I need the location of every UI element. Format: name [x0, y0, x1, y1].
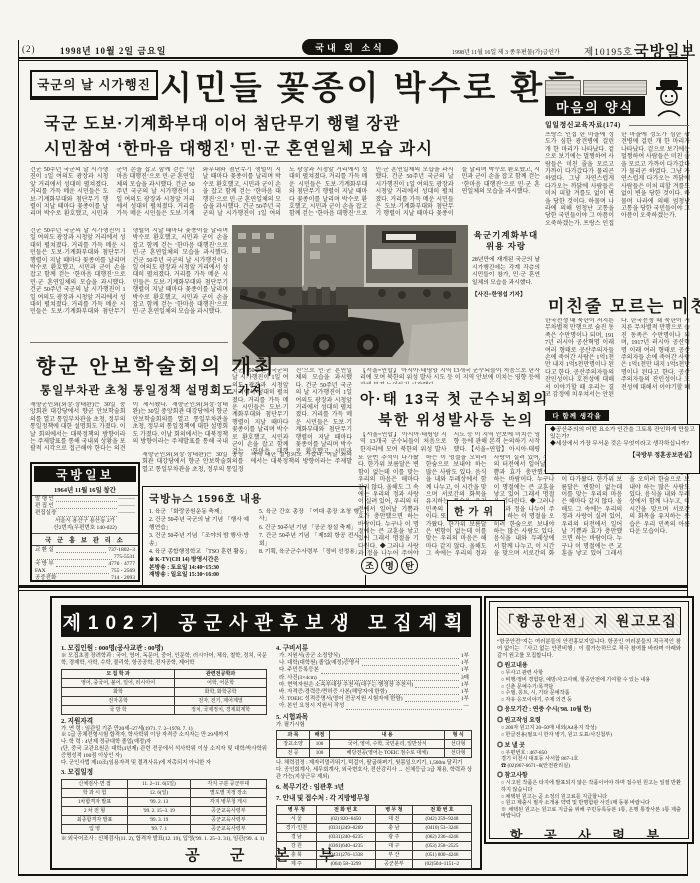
section-item: ※ 채택된 원고는 원고료 지급을 위해 주민등록등본 1통, 은행 통장사본 … — [497, 807, 681, 820]
sidebar-headline: 미친줄 모르는 미친 개 — [548, 292, 700, 317]
service-term-heading: 6. 복무기간 : 임관후 3년 — [276, 784, 472, 792]
essay-title-char-3: 탄 — [401, 557, 418, 574]
apac-pre-text: 【서울=연합】 아시아·태평양 지역 13개국 군수뇌들이 처음으로 한자리에 … — [360, 368, 540, 384]
section-item: ☎ (02)967-6671~8(안전관리실) — [497, 763, 681, 770]
airforce-ad-columns: 1. 모집인원 : 000명(공사교관 : 00명) ※ 모집초점 장려학과 :… — [52, 642, 480, 844]
lead-body-left-columns: 건군 50주년 국군의 날 시가행진이 1일 여의도 광장과 시청앞 거리에서 … — [30, 228, 228, 338]
aviation-safety-sections: ◎ 원고내용○ 무사고 관련 사항○ 비행/정비 경험담, 예방/사고사례, 항… — [497, 662, 681, 820]
section-item: ○ 자유 응모이야기, 주제 의견 등 — [497, 697, 681, 704]
sidebar-decor-left — [545, 80, 581, 97]
masthead-logo: 국방일보 — [34, 466, 136, 482]
data-table: 모 집 학 과관련전공학과영어, 중국어, 불어, 일어, 러시아어어학, 어문… — [61, 669, 267, 715]
issue-number: 제10195호 — [584, 44, 633, 58]
list-item: 다. 군인사법 제10조(임용자격 및 결격사유)에 저촉되지 아니한 자 — [61, 760, 267, 767]
think-together-label: 다 함께 생각을 — [545, 410, 609, 421]
documents-list: 가. 지원서(공군 소정양식)1부나. 대학(대학원) 졸업(예정)증명서1부다… — [276, 653, 472, 711]
schedule-table: 신체검사·면 접11. 2~11. 6(5일)각지 구분 공군부대학 과 시 험… — [61, 779, 267, 834]
masthead-phone-list: 교 환 실737-1802~3775-5531국 방 부4776 · 4777F… — [32, 547, 138, 582]
exam-heading: 5. 시험과목 — [276, 714, 472, 722]
sidebar-body-1: 프랑스 인접 한 마을에 정도가 심한 광견병에 걸린 개 한 마리가 나타났다… — [545, 132, 690, 284]
lead-headline: 시민들 꽃종이 박수로 환호 — [160, 62, 580, 109]
section-item: 경기 이천시 대포동 사서함 867-1호 — [497, 756, 681, 763]
written-exam-table: 과 목배점내 용형 식장교소양100국어, 영어, 수학, 국민윤리, 일반상식… — [276, 730, 472, 758]
list-item: 나. 학 력 : 4년제 정규대학 졸업(예정)자 — [61, 739, 267, 746]
airforce-ad-col-left: 1. 모집인원 : 000명(공사교관 : 00명) ※ 모집초점 장려학과 :… — [61, 642, 267, 843]
list-item: 1. 육군 「화랑공원운동 축제」 — [149, 509, 249, 516]
pair-row: 마. 현역자원은 소속부대장 추천서(대구는 행정장 추천서)1부 — [276, 682, 472, 689]
sidebar-series-rule — [629, 125, 689, 126]
schedule-heading: 3. 모집일정 — [61, 769, 267, 777]
apac-headline-1: 아·태 13국 첫 군수뇌회의 — [360, 388, 549, 409]
pair-row: 775-5531 — [32, 554, 138, 561]
section-heading: ◎ 응모기간 : 연중 수시('98. 10월 한) — [497, 706, 681, 714]
apac-headline-2: 북한 위성발사등 논의 — [378, 409, 534, 430]
pair-row: 편집실장——— — [32, 510, 138, 517]
list-item: 5. 육군 간호 총장 「여대 총장 초청 행사」 — [259, 509, 359, 524]
list-item: 본방송 : 토요일 14:40~15:30 — [149, 565, 359, 572]
photo-credit: 【사진=한영섭 기자】 — [472, 290, 540, 298]
written-exam-label: 가. 필기시험 — [276, 722, 472, 729]
think-together-items: ◆공산주의의 어떤 요소가 인간을 그토록 잔인하게 만들고 있는가?◆세상에서… — [550, 427, 695, 449]
essay-title-char-1: 조 — [361, 557, 378, 574]
vets-headline: 향군 안보학술회의 개최 — [36, 350, 276, 379]
offices-phone-table: 병 무 청전 화 번 호병 무 청전 화 번 호서 울(02) 820~6450… — [276, 805, 472, 869]
defense-news-items: 1. 육군 「화랑공원운동 축제」2. 건군 50주년 국군의 날 기념 「행사… — [149, 509, 359, 557]
lead-subhead-1: 국군 도보·기계화부대 이어 첨단무기 행렬 장관 — [44, 110, 400, 134]
list-item: 8. 기획, 육군군수사령부 「정비 선정용」 — [259, 549, 359, 556]
section-item: ○ 수필, 꽁트, 시, 기타 문예작품 — [497, 690, 681, 697]
pair-row: 교 환 실737-1802~3 — [32, 547, 138, 554]
pre-news-text: 재향군인회(회장·장태완)는 30일 중앙회관 대강당에서 향군 안보학술회의를… — [142, 452, 352, 480]
list-item: (단, 중국 교관요원은 대학(4년제) 관련 전공에서 석사학위 이상 소지자… — [61, 746, 267, 760]
vets-divider — [30, 342, 228, 343]
recruit-majors-note: ※ 모집초점 장려학과 : 국어, 영어, 독문어, 중어, 인문학, 러시아어… — [61, 653, 267, 667]
data-table: 병 무 청전 화 번 호병 무 청전 화 번 호서 울(02) 820~6450… — [276, 805, 472, 869]
section-item: ○ 시고된 작품은 타지에 발표되지 않은 작품이어야 하며 접수된 원고는 일… — [497, 780, 681, 793]
section-item: ○ 원고 제출시 필자 소개용 약력 및 반명함판 사진1매 동봉 바랍니다 — [497, 800, 681, 807]
defense-news-box: 국방뉴스 1596호 내용 1. 육군 「화랑공원운동 축제」2. 건군 50주… — [142, 486, 366, 588]
lead-kicker: 국군의 날 시가행진 — [30, 70, 158, 100]
defense-news-tv-schedule: ※ K-TV(CH 14) 방영시간은본방송 : 토요일 14:40~15:30… — [149, 557, 359, 579]
hangawi-box: 한가위 — [447, 500, 505, 521]
essay-column-title: 조 명 탄 — [360, 556, 419, 575]
lead-subhead-2: 시민참여 ‘한마음 대행진’ 민·군 혼연일체 모습 과시 — [44, 135, 433, 159]
data-table: 과 목배점내 용형 식장교소양100국어, 영어, 수학, 국민윤리, 일반상식… — [276, 730, 472, 758]
lead-body-columns: 건군 50주년 국군의 날 시가행진이 1일 여의도 광장과 시청앞 거리에서 … — [30, 167, 540, 223]
data-table: 신체검사·면 접11. 2~11. 6(5일)각지 구분 공군부대학 과 시 험… — [61, 779, 267, 834]
aviation-safety-title: 「항공안전」지 원고모집 — [497, 607, 681, 635]
airforce-ad-col-right: 4. 구비서류 가. 지원서(공군 소정양식)1부나. 대학(대학원) 졸업(예… — [276, 642, 472, 871]
pair-row: 아. 본인 요청시 지원서 작성— — [276, 703, 472, 710]
section-item: ○ 200자 원고지 20~50매 내외(A4용지 작성) — [497, 725, 681, 732]
defense-news-title: 국방뉴스 1596호 내용 — [149, 491, 359, 506]
masthead-founded: 1964년 11월 16일 창간 — [32, 484, 138, 496]
airforce-recruit-ad: 제102기 공군사관후보생 모집계획 1. 모집인원 : 000명(공사교관 :… — [50, 596, 482, 870]
think-together-credit: 【국방부 정훈공보관실】 — [550, 450, 695, 459]
list-item: 3. 건군 50주년 기념 「조야의 밤 행사·방송」 — [149, 533, 249, 548]
section-item: ○ 비행/정비 경험담, 예방/사고사례, 항공안전에 기여할 수 있는 내용 — [497, 677, 681, 684]
list-item: ※ K-TV(CH 14) 방영시간은 — [149, 557, 359, 564]
sidebar-decor-middle — [583, 80, 647, 95]
sidebar-series-label: 일일정신교육자료(174) — [545, 120, 621, 130]
section-item: ○ 한글전용(필요시 한자 병기, 원고 도표/사진첨부) — [497, 732, 681, 739]
photo-caption-box: 육군기계화부대 위용 자랑 28년만에 재개된 국군의 날 시가행진에는 각계 … — [472, 230, 540, 364]
sidebar-banner: 마음의 양식 — [545, 96, 645, 116]
ads-divider-thick — [18, 585, 688, 588]
header-rule-thick — [18, 57, 688, 59]
list-item: 6. 건군 50주년 기념 「공군 창설 축제」 — [259, 525, 359, 532]
postal-registration: 1998년 11월 16일 제 3 종우편물(가)급인가 — [452, 47, 560, 56]
masthead-info-box: 국방일보 1964년 11월 16일 창간 발 행 인———편 집 인———편집… — [30, 462, 140, 582]
license-note-line: 다. 공인회계사, 세무회계사, 외국변호사, 전산감리사 → 신체등급 3급 … — [276, 767, 472, 781]
schedule-footnote: ※ 외국어조사 : 신체검사(11. 2), 합격자 발표(12. 19), 입… — [61, 836, 267, 843]
eligibility-items: 가. 연 령 : 임관일 기준 만20세~27세(1971. 7. 2~1978… — [61, 726, 267, 767]
photo-caption-title-1: 육군기계화부대 — [472, 230, 540, 241]
masthead-address-1: 서울시 용산구 용산동 2가 — [32, 518, 138, 525]
sidebar-body-2: 한국전쟁 때 북한이 저지른 무차별적 만행으로 숨진 동족은 수만명이나 되며… — [545, 318, 690, 406]
pair-row: 공중전화714 - 2093 — [32, 575, 138, 582]
edition-date: 1998년 10월 2일 금요일 — [60, 44, 166, 57]
list-item: 7. 건군 50주년 기념 「제5회 항공 전시회」 — [259, 533, 359, 548]
photo-caption-text: 28년만에 재개된 국군의 날 시가행진에는 각계 각층의 시민들이 참가, 민… — [472, 257, 540, 287]
list-item: 2. 건군 50주년 국군의 날 기념 「행사 예행연습」 — [149, 517, 249, 532]
aviation-safety-ad: 「항공안전」지 원고모집 “항공안전”지는 여러분들의 안전홍보지입니다. 항공… — [484, 596, 694, 844]
recruit-count-heading: 1. 모집인원 : 000명(공사교관 : 00명) — [61, 645, 267, 653]
parade-photo — [232, 225, 468, 365]
frame-bottom — [18, 874, 688, 876]
documents-heading: 4. 구비서류 — [276, 645, 472, 653]
list-item: 4. 육군 종합행정학교 「TSO 훈련 활동」 — [149, 549, 249, 556]
essay-title-char-2: 명 — [381, 557, 398, 574]
header-rule-thin — [18, 60, 688, 61]
section-item: ○ 무사고 관련 사항 — [497, 670, 681, 677]
aviation-safety-intro: “항공안전”지는 여러분들의 안전홍보지입니다. 항공인 여러분들의 적극적인 … — [497, 639, 681, 659]
list-item: 재방송 : 일요일 15:30~16:00 — [149, 572, 359, 579]
frame-left — [18, 40, 19, 876]
section-heading: ◎ 보 낼 곳 — [497, 742, 681, 750]
recruit-majors-table: 모 집 학 과관련전공학과영어, 중국어, 불어, 일어, 러시아어어학, 어문… — [61, 669, 267, 715]
section-badge: 국내 외 소식 — [302, 39, 398, 55]
ads-divider-thin — [18, 590, 688, 591]
page-number: (2) — [22, 44, 36, 54]
masthead-staff-list: 발 행 인———편 집 인———편집실장——— — [32, 496, 138, 518]
eligibility-heading: 2. 지원자격 — [61, 718, 267, 726]
vets-subhead: 통일부차관 초청 통일정책 설명회도 가져 — [40, 382, 263, 398]
airforce-ad-banner: 제102기 공군사관후보생 모집계획 — [61, 605, 471, 637]
lead-divider — [30, 161, 540, 162]
think-together-box: ◆공산주의의 어떤 요소가 인간을 그토록 잔인하게 만들고 있는가?◆세상에서… — [545, 424, 700, 474]
contact-heading: 7. 안내 및 접수처 : 각 지방병무청 — [276, 795, 472, 803]
aviation-safety-ad-inner: 「항공안전」지 원고모집 “항공안전”지는 여러분들의 안전홍보지입니다. 항공… — [489, 601, 689, 839]
masthead-address-2: 산2번지(우편번호 140-022) — [32, 525, 138, 532]
man-with-hat-icon — [650, 78, 688, 123]
pair-row: 국 방 부4776 · 4777 — [32, 561, 138, 568]
masthead-org: 국 군 홍 보 관 리 소 — [32, 533, 138, 546]
pair-row: 라. 사진(3×4cm)3매 — [276, 675, 472, 682]
photo-caption-title-2: 위용 자랑 — [472, 241, 540, 252]
list-item: ◆공산주의의 어떤 요소가 인간을 그토록 잔인하게 만들고 있는가? — [550, 427, 695, 441]
parade-photo-illustration — [232, 225, 468, 365]
pair-row: 다. 주민등록등본1부 — [276, 667, 472, 674]
aviation-safety-footer: 항 공 사 령 부 — [497, 825, 681, 839]
newspaper-page: (2) 1998년 10월 2일 금요일 국내 외 소식 1998년 11월 1… — [0, 0, 700, 883]
list-item: ◆세상에서 가장 무서운 것은 무엇이라고 생각하십니까? — [550, 441, 695, 448]
